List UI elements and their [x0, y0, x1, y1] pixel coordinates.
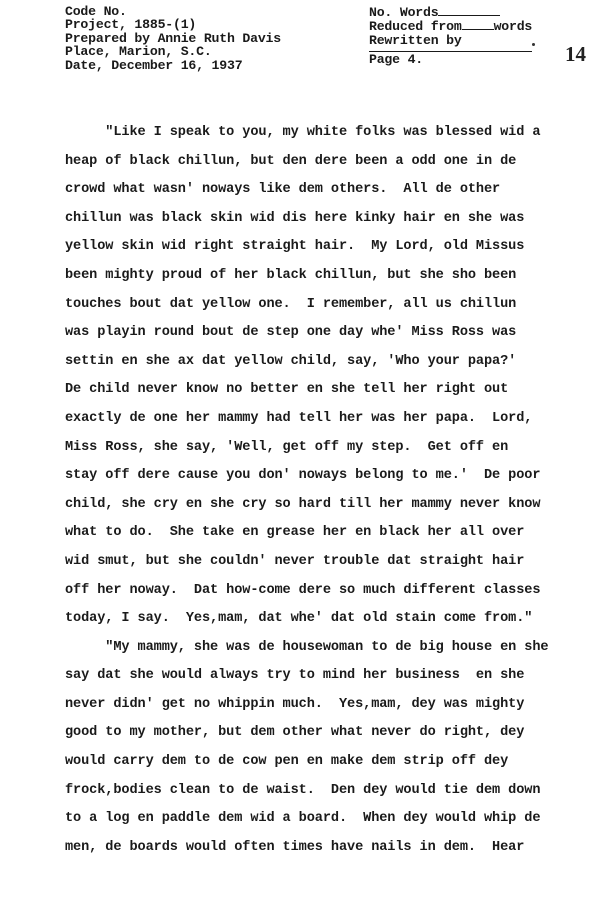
transcript-line: say dat she would always try to mind her…: [65, 662, 600, 691]
transcript-line: "Like I speak to you, my white folks was…: [65, 119, 600, 148]
transcript-line: touches bout dat yellow one. I remember,…: [65, 291, 600, 320]
page-label: Page 4.: [369, 53, 532, 66]
transcript-line: yellow skin wid right straight hair. My …: [65, 233, 600, 262]
transcript-line: what to do. She take en grease her en bl…: [65, 519, 600, 548]
transcript-line: De child never know no better en she tel…: [65, 376, 600, 405]
ink-speck: [532, 43, 535, 46]
transcript-line: settin en she ax dat yellow child, say, …: [65, 348, 600, 377]
transcript-line: Miss Ross, she say, 'Well, get off my st…: [65, 434, 600, 463]
reduced-from-line: Reduced fromwords: [369, 19, 532, 33]
no-words-line: No. Words: [369, 5, 532, 19]
code-no-line: Code No.: [65, 5, 281, 18]
no-words-blank: [438, 5, 500, 16]
reduced-words-label: words: [494, 19, 533, 34]
project-line: Project, 1885-(1): [65, 18, 281, 31]
transcript-line: good to my mother, but dem other what ne…: [65, 719, 600, 748]
transcript-line: off her noway. Dat how-come dere so much…: [65, 577, 600, 606]
transcript-line: "My mammy, she was de housewoman to de b…: [65, 634, 600, 663]
transcript-line: heap of black chillun, but den dere been…: [65, 148, 600, 177]
transcript-line: to a log en paddle dem wid a board. When…: [65, 805, 600, 834]
transcript-line: wid smut, but she couldn' never trouble …: [65, 548, 600, 577]
reduced-from-blank: [462, 19, 494, 30]
place-line: Place, Marion, S.C.: [65, 45, 281, 58]
date-line: Date, December 16, 1937: [65, 59, 281, 72]
transcript-line: was playin round bout de step one day wh…: [65, 319, 600, 348]
transcript-line: today, I say. Yes,mam, dat whe' dat old …: [65, 605, 600, 634]
transcript-body: "Like I speak to you, my white folks was…: [65, 119, 600, 862]
transcript-line: stay off dere cause you don' noways belo…: [65, 462, 600, 491]
transcript-line: never didn' get no whippin much. Yes,mam…: [65, 691, 600, 720]
transcript-line: frock,bodies clean to de waist. Den dey …: [65, 777, 600, 806]
transcript-line: would carry dem to de cow pen en make de…: [65, 748, 600, 777]
transcript-line: exactly de one her mammy had tell her wa…: [65, 405, 600, 434]
document-header-info: Code No. Project, 1885-(1) Prepared by A…: [65, 5, 281, 72]
transcript-line: crowd what wasn' noways like dem others.…: [65, 176, 600, 205]
page-number: 14: [565, 42, 586, 67]
transcript-line: been mighty proud of her black chillun, …: [65, 262, 600, 291]
rewritten-by-line: Rewritten by: [369, 34, 532, 47]
transcript-line: chillun was black skin wid dis here kink…: [65, 205, 600, 234]
document-header-wordcount: No. Words Reduced fromwords Rewritten by…: [369, 5, 532, 67]
transcript-line: men, de boards would often times have na…: [65, 834, 600, 863]
prepared-by-line: Prepared by Annie Ruth Davis: [65, 32, 281, 45]
no-words-label: No. Words: [369, 5, 438, 20]
transcript-line: child, she cry en she cry so hard till h…: [65, 491, 600, 520]
